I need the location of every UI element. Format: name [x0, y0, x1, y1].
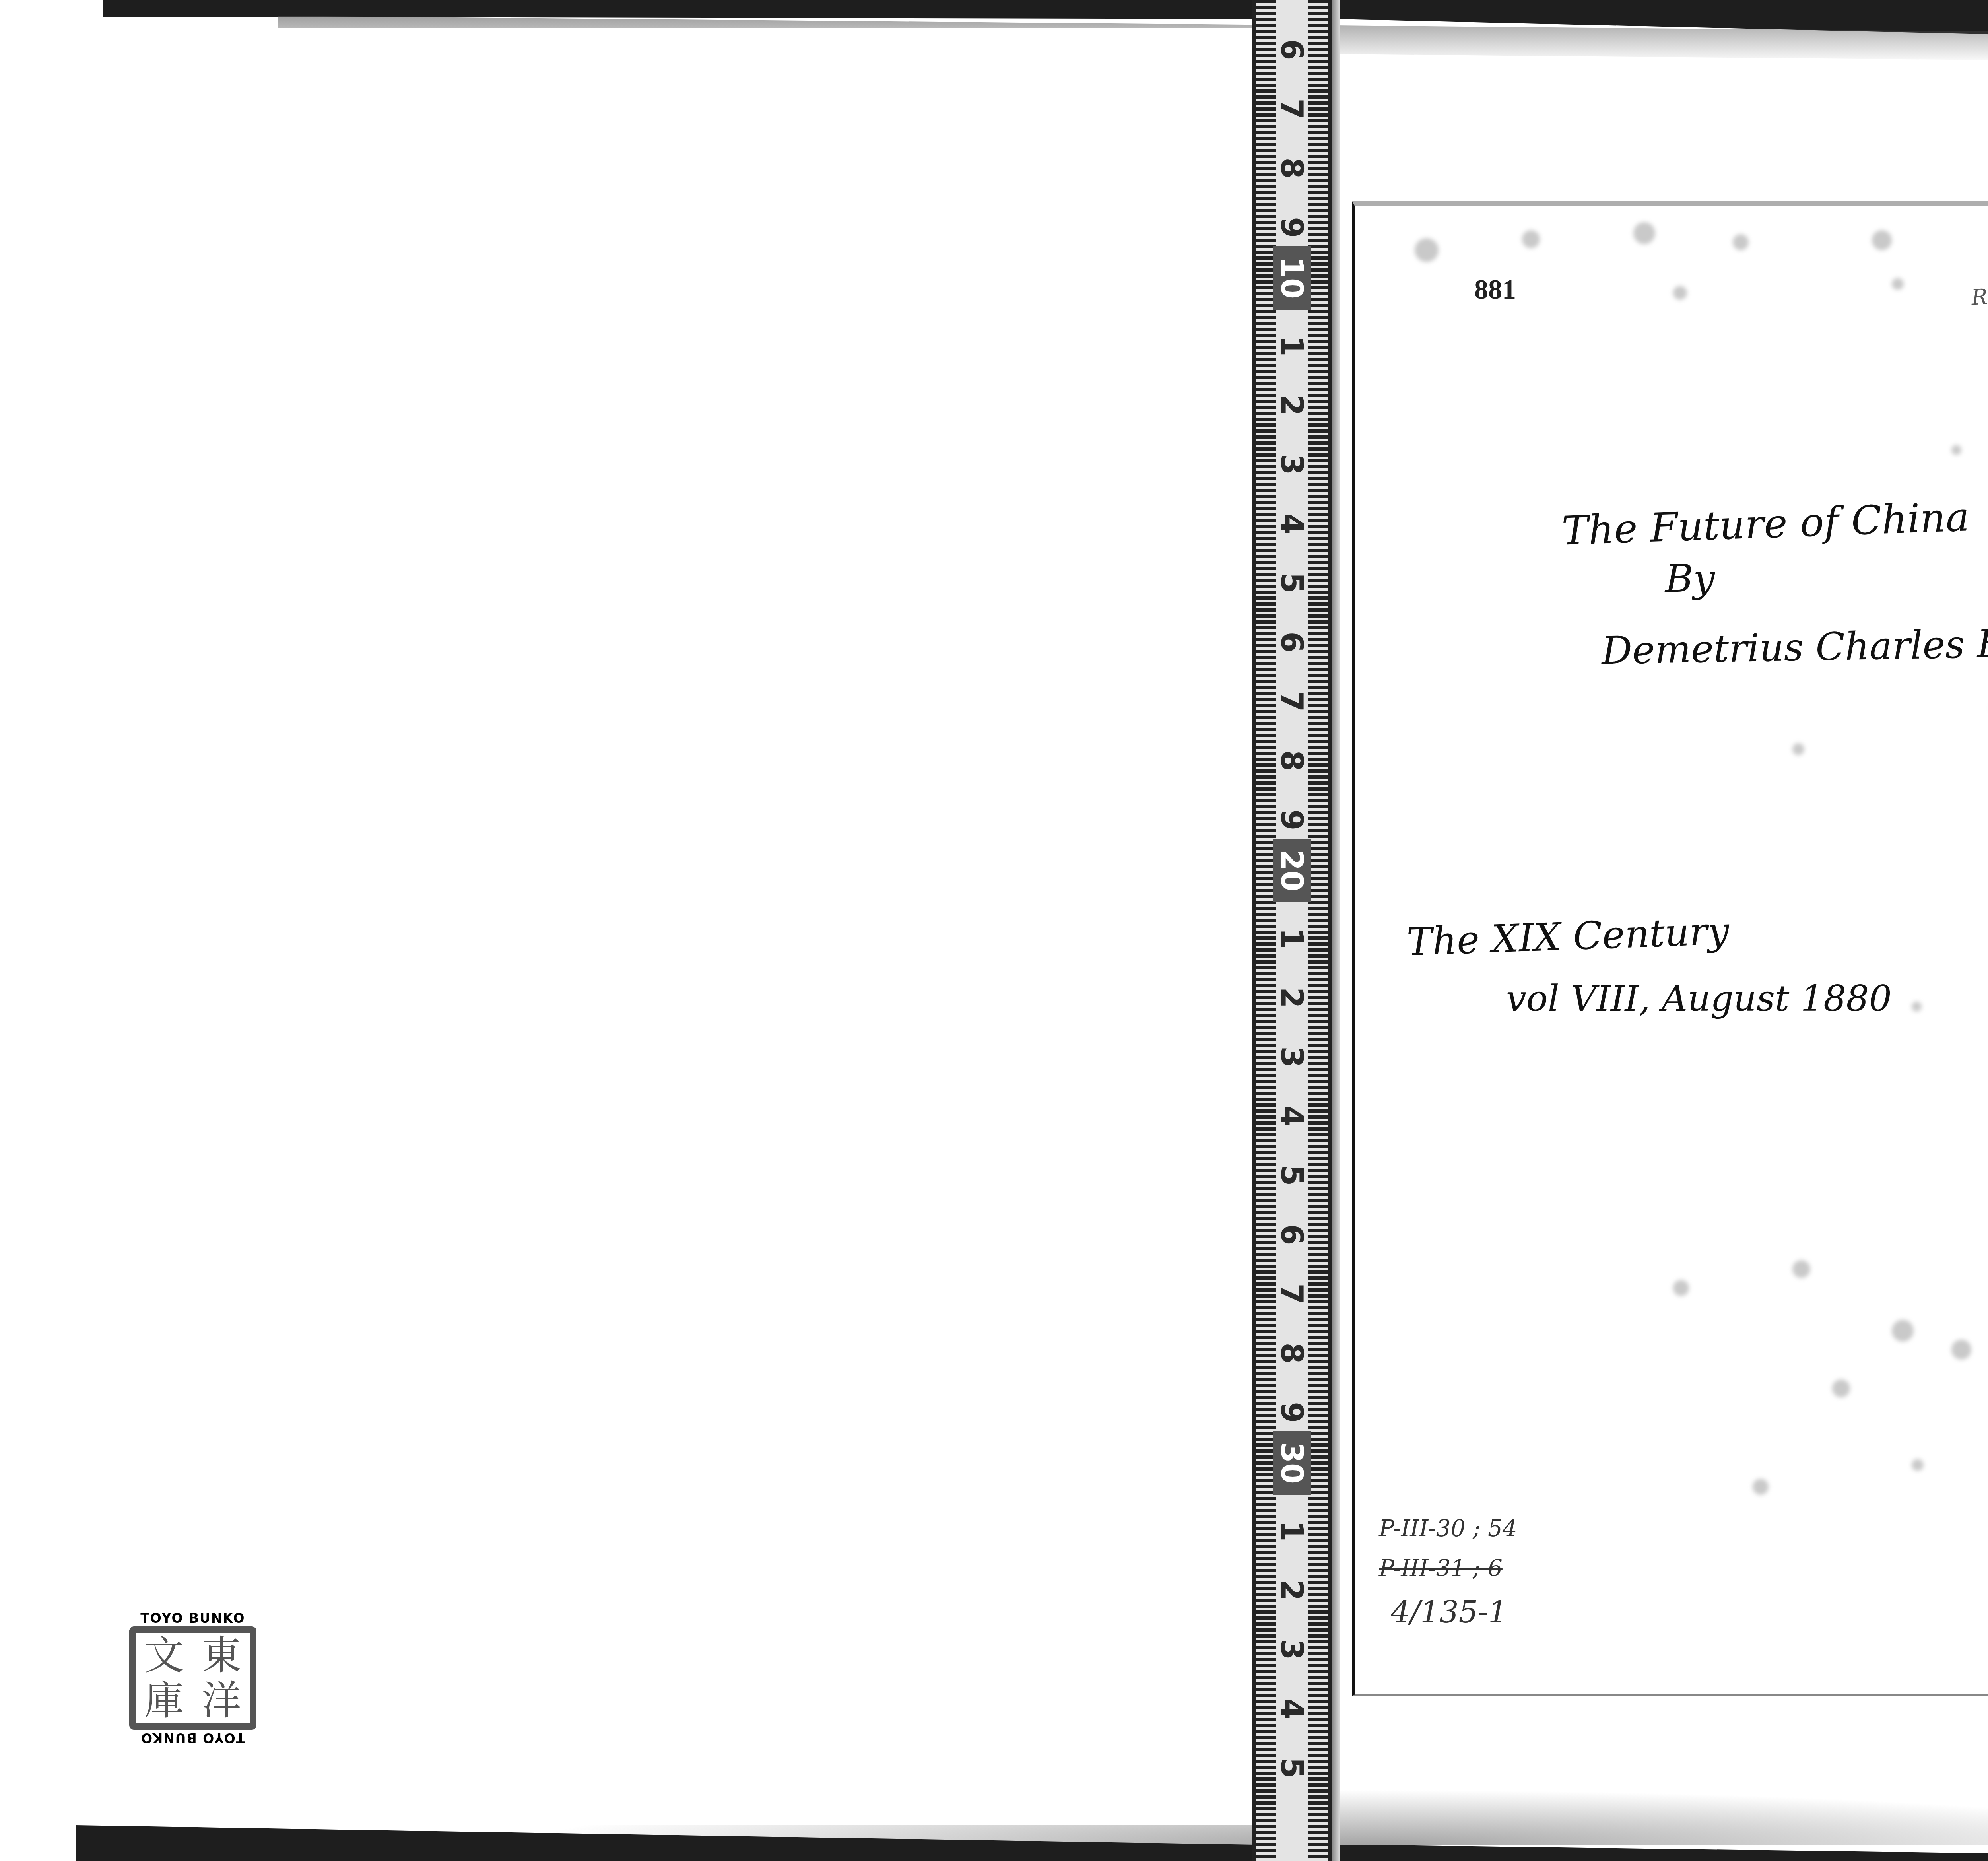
ruler-number: 8	[1264, 152, 1320, 184]
foxing-spot	[1792, 743, 1804, 755]
logo-seal: 文 東 庫 洋	[129, 1626, 256, 1730]
handwritten-volume-date: vol VIII, August 1880	[1506, 978, 1892, 1020]
ruler-number: 3	[1264, 1634, 1320, 1665]
ruler-number: 7	[1264, 1278, 1320, 1310]
call-number-3: 4/135-1	[1391, 1594, 1507, 1630]
ruler-number: 5	[1264, 567, 1320, 599]
foxing-spot	[1792, 1260, 1810, 1278]
ruler-number: 6	[1264, 626, 1320, 658]
call-number-1: P-III-30 ; 54	[1379, 1515, 1517, 1542]
ruler-number: 6	[1264, 34, 1320, 66]
ruler-number: 6	[1264, 1219, 1320, 1251]
foxing-spot	[1522, 230, 1540, 248]
ruler-number: 8	[1264, 745, 1320, 777]
ruler-number: 2	[1264, 389, 1320, 421]
foxing-spot	[1912, 1002, 1922, 1012]
handwritten-author: Demetrius Charles Boulger	[1601, 619, 1988, 673]
ruler-number: 9	[1264, 1397, 1320, 1428]
ruler-number: 3	[1264, 1041, 1320, 1073]
foxing-spot	[1951, 1340, 1971, 1360]
ruler-number: 20	[1273, 839, 1311, 902]
foxing-spot	[1673, 1280, 1689, 1296]
left-blank-page	[80, 28, 1252, 1825]
foxing-spot	[1415, 238, 1439, 262]
ruler-number: 1	[1264, 923, 1320, 954]
logo-text-bottom: TOYO BUNKO	[140, 1730, 245, 1746]
corner-note: Recd 1881	[1971, 279, 1988, 310]
logo-text-top: TOYO BUNKO	[140, 1610, 245, 1626]
handwritten-by: By	[1665, 556, 1715, 601]
seal-char: 洋	[202, 1681, 241, 1721]
ruler-number: 2	[1264, 1574, 1320, 1606]
ruler-number: 9	[1264, 804, 1320, 836]
seal-char: 庫	[144, 1681, 184, 1721]
handwritten-title: The Future of China	[1561, 493, 1970, 554]
foxing-spot	[1832, 1379, 1850, 1397]
handwritten-source: The XIX Century	[1406, 909, 1730, 964]
foxing-spot	[1892, 1320, 1914, 1342]
ruler-number: 3	[1264, 449, 1320, 480]
ruler-number: 4	[1264, 1693, 1320, 1725]
foxing-spot	[1872, 230, 1892, 250]
ruler-number: 2	[1264, 982, 1320, 1014]
foxing-spot	[1673, 286, 1687, 300]
foxing-spot	[1912, 1459, 1924, 1471]
foxing-spot	[1892, 278, 1904, 290]
measuring-ruler: 678910123456789201234567893012345	[1252, 0, 1332, 1861]
ruler-number: 4	[1264, 1100, 1320, 1132]
ruler-number: 1	[1264, 1515, 1320, 1547]
ruler-number: 8	[1264, 1337, 1320, 1369]
foxing-spot	[1753, 1479, 1769, 1495]
ruler-number: 7	[1264, 686, 1320, 717]
printed-item-number: 881	[1474, 274, 1516, 306]
call-number-2-struck: P-III-31 ; 6	[1379, 1554, 1503, 1581]
ruler-number: 4	[1264, 508, 1320, 540]
foxing-spot	[1951, 445, 1961, 455]
foxing-spot	[1733, 234, 1749, 250]
toyo-bunko-logo-bottom-left: TOYO BUNKO 文 東 庫 洋 TOYO BUNKO	[125, 1610, 260, 1746]
ruler-number: 9	[1264, 212, 1320, 243]
ruler-number: 5	[1264, 1160, 1320, 1191]
ruler-number: 30	[1273, 1431, 1311, 1495]
foxing-spot	[1633, 222, 1655, 244]
ruler-number: 1	[1264, 330, 1320, 362]
ruler-number: 7	[1264, 93, 1320, 125]
seal-char: 文	[144, 1636, 184, 1675]
seal-char: 東	[202, 1636, 241, 1675]
ruler-number: 10	[1273, 246, 1311, 310]
title-page: 881 3 Recd 1881 The Future of China By D…	[1352, 201, 1988, 1696]
ruler-number: 5	[1264, 1752, 1320, 1784]
book-spine-edge	[1332, 0, 1340, 1861]
